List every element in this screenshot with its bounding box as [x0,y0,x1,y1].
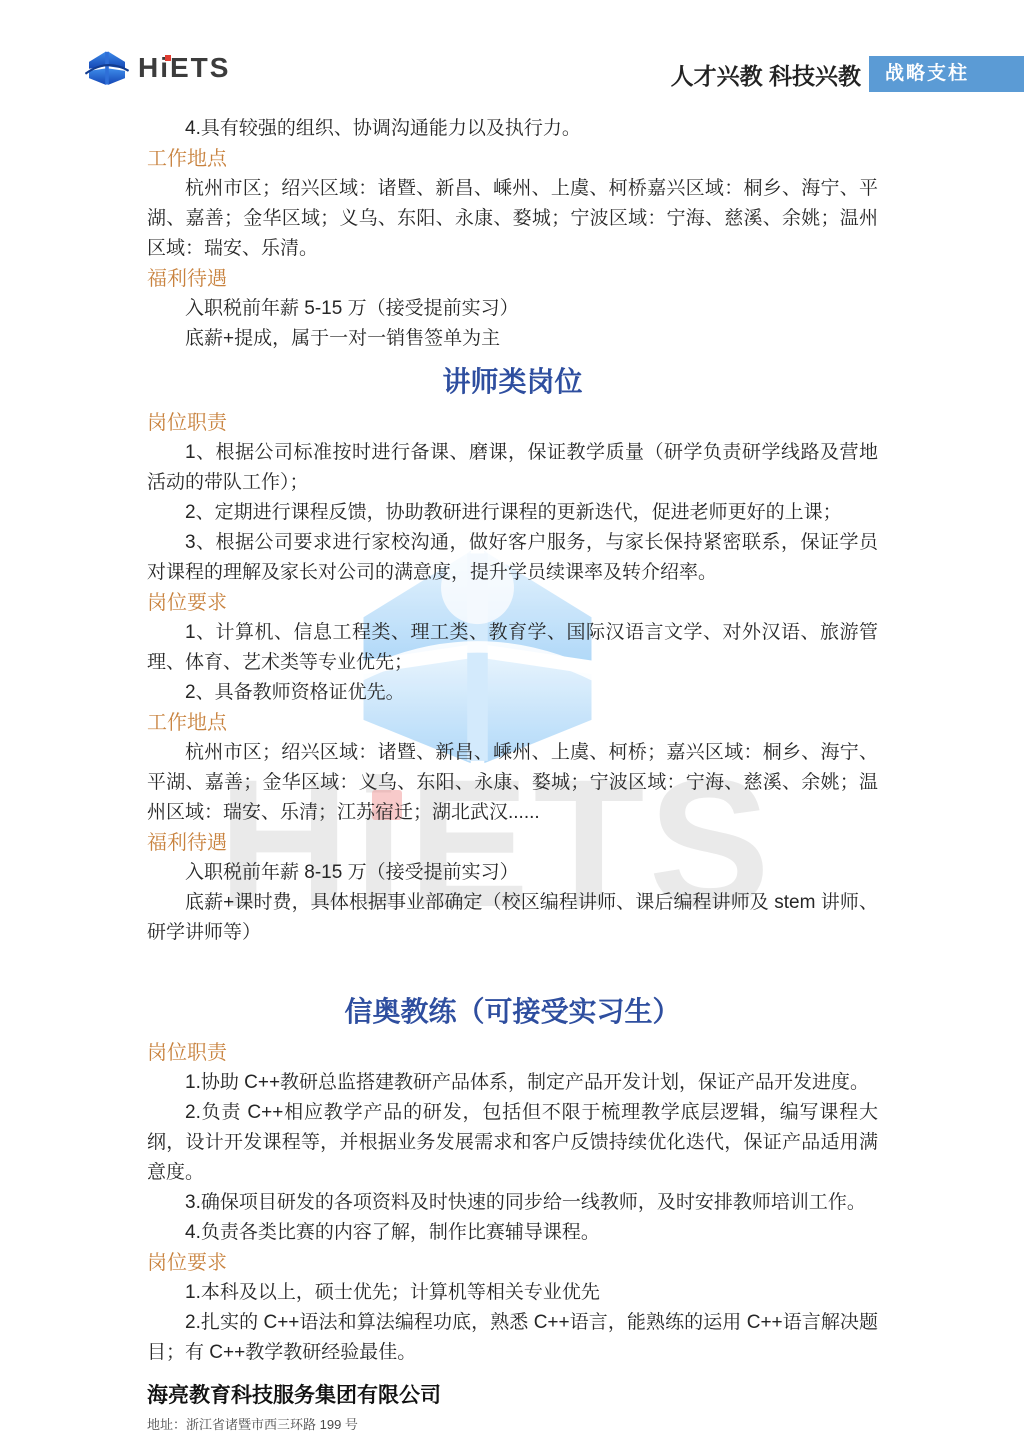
lecturer-welfare-line1: 入职税前年薪 8-15 万（接受提前实习） [147,858,878,888]
lecturer-welfare-heading: 福利待遇 [147,828,878,858]
intro-location-heading: 工作地点 [147,144,878,174]
hiets-logo-icon [85,50,129,86]
document-page: HiETS HiETS [0,0,1024,1448]
lecturer-section-title: 讲师类岗位 [147,362,878,402]
logo-text: HiETS [138,50,230,86]
lecturer-duty-2: 2、定期进行课程反馈，协助教研进行课程的更新迭代，促进老师更好的上课； [147,498,878,528]
lecturer-duty-3: 3、根据公司要求进行家校沟通，做好客户服务，与家长保持紧密联系，保证学员对课程的… [147,528,878,588]
lecturer-location-heading: 工作地点 [147,708,878,738]
coach-duty-heading: 岗位职责 [147,1038,878,1068]
coach-req-heading: 岗位要求 [147,1248,878,1278]
lecturer-welfare-line2: 底薪+课时费，具体根据事业部确定（校区编程讲师、课后编程讲师及 stem 讲师、… [147,888,878,948]
page-header: HiETS 人才兴教 科技兴教 战略支柱 [0,0,1024,100]
lecturer-location-text: 杭州市区；绍兴区域：诸暨、新昌、嵊州、上虞、柯桥；嘉兴区域：桐乡、海宁、平湖、嘉… [147,738,878,828]
intro-location-text: 杭州市区；绍兴区域：诸暨、新昌、嵊州、上虞、柯桥嘉兴区域：桐乡、海宁、平湖、嘉善… [147,174,878,264]
intro-welfare-heading: 福利待遇 [147,264,878,294]
intro-item-4: 4.具有较强的组织、协调沟通能力以及执行力。 [147,114,878,144]
intro-welfare-line1: 入职税前年薪 5-15 万（接受提前实习） [147,294,878,324]
lecturer-duty-1: 1、根据公司标准按时进行备课、磨课，保证教学质量（研学负责研学线路及营地活动的带… [147,438,878,498]
coach-duty-2: 2.负责 C++相应教学产品的研发，包括但不限于梳理教学底层逻辑，编写课程大纲，… [147,1098,878,1188]
coach-req-2: 2.扎实的 C++语法和算法编程功底，熟悉 C++语言，能熟练的运用 C++语言… [147,1308,878,1368]
document-body: 4.具有较强的组织、协调沟通能力以及执行力。 工作地点 杭州市区；绍兴区域：诸暨… [147,114,878,1436]
coach-duty-1: 1.协助 C++教研总监搭建教研产品体系，制定产品开发计划，保证产品开发进度。 [147,1068,878,1098]
lecturer-req-heading: 岗位要求 [147,588,878,618]
strategy-pillar-badge: 战略支柱 [869,56,1024,92]
company-name: 海亮教育科技服务集团有限公司 [147,1382,878,1410]
coach-req-1: 1.本科及以上，硕士优先；计算机等相关专业优先 [147,1278,878,1308]
coach-duty-3: 3.确保项目研发的各项资料及时快速的同步给一线教师，及时安排教师培训工作。 [147,1188,878,1218]
logo-i-dot [165,55,171,61]
coach-section-title: 信奥教练（可接受实习生） [147,992,878,1032]
company-address: 地址：浙江省诸暨市西三环路 199 号 [147,1414,878,1436]
lecturer-duty-heading: 岗位职责 [147,408,878,438]
header-slogan: 人才兴教 科技兴教 [671,58,861,91]
hiets-logo: HiETS [85,50,230,86]
intro-welfare-line2: 底薪+提成，属于一对一销售签单为主 [147,324,878,354]
coach-duty-4: 4.负责各类比赛的内容了解，制作比赛辅导课程。 [147,1218,878,1248]
lecturer-req-1: 1、计算机、信息工程类、理工类、教育学、国际汉语言文学、对外汉语、旅游管理、体育… [147,618,878,678]
lecturer-req-2: 2、具备教师资格证优先。 [147,678,878,708]
page-footer: 海亮教育科技服务集团有限公司 地址：浙江省诸暨市西三环路 199 号 [147,1382,878,1436]
